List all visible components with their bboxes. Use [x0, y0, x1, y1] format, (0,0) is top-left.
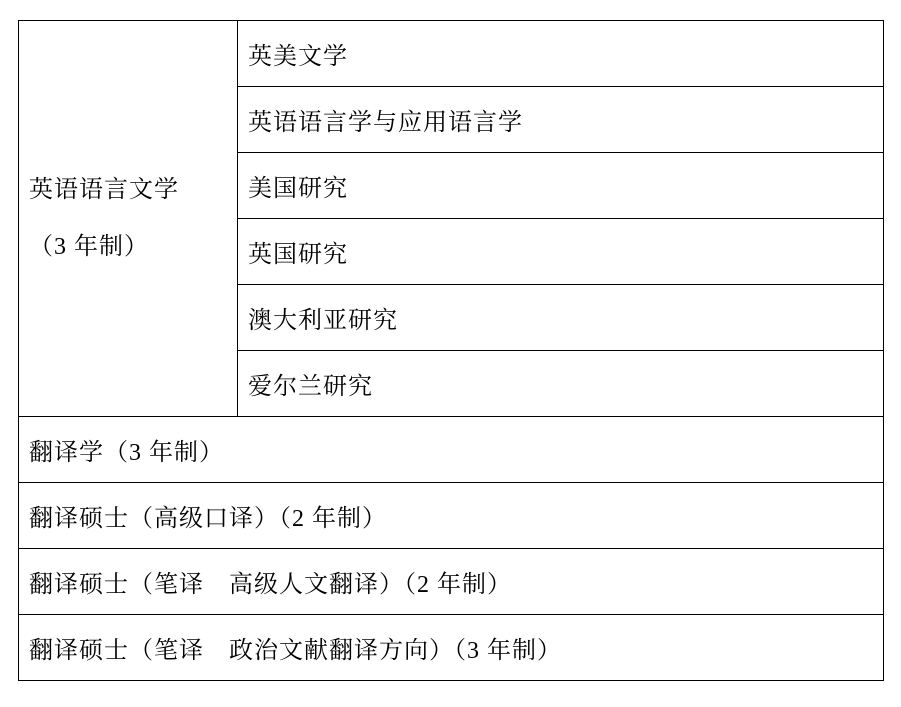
- table-row: 翻译硕士（高级口译）（2 年制）: [19, 483, 884, 549]
- table-row: 英语语言文学 （3 年制） 英美文学: [19, 21, 884, 87]
- programs-table: 英语语言文学 （3 年制） 英美文学 英语语言学与应用语言学 美国研究 英国研究…: [18, 20, 884, 681]
- direction-cell-australian-studies: 澳大利亚研究: [238, 285, 884, 351]
- program-cell-mti-political-documents: 翻译硕士（笔译 政治文献翻译方向）（3 年制）: [19, 615, 884, 681]
- program-cell-mti-interpreting: 翻译硕士（高级口译）（2 年制）: [19, 483, 884, 549]
- table-row: 翻译硕士（笔译 政治文献翻译方向）（3 年制）: [19, 615, 884, 681]
- direction-cell-irish-studies: 爱尔兰研究: [238, 351, 884, 417]
- document-page: 英语语言文学 （3 年制） 英美文学 英语语言学与应用语言学 美国研究 英国研究…: [0, 0, 901, 707]
- program-group-name: 英语语言文学: [29, 162, 231, 219]
- table-row: 翻译硕士（笔译 高级人文翻译）（2 年制）: [19, 549, 884, 615]
- program-cell-translation-studies: 翻译学（3 年制）: [19, 417, 884, 483]
- direction-cell-english-american-literature: 英美文学: [238, 21, 884, 87]
- direction-cell-linguistics: 英语语言学与应用语言学: [238, 87, 884, 153]
- program-cell-mti-humanities-translation: 翻译硕士（笔译 高级人文翻译）（2 年制）: [19, 549, 884, 615]
- program-group-duration: （3 年制）: [29, 219, 231, 276]
- program-group-cell: 英语语言文学 （3 年制）: [19, 21, 238, 417]
- direction-cell-british-studies: 英国研究: [238, 219, 884, 285]
- table-row: 翻译学（3 年制）: [19, 417, 884, 483]
- direction-cell-american-studies: 美国研究: [238, 153, 884, 219]
